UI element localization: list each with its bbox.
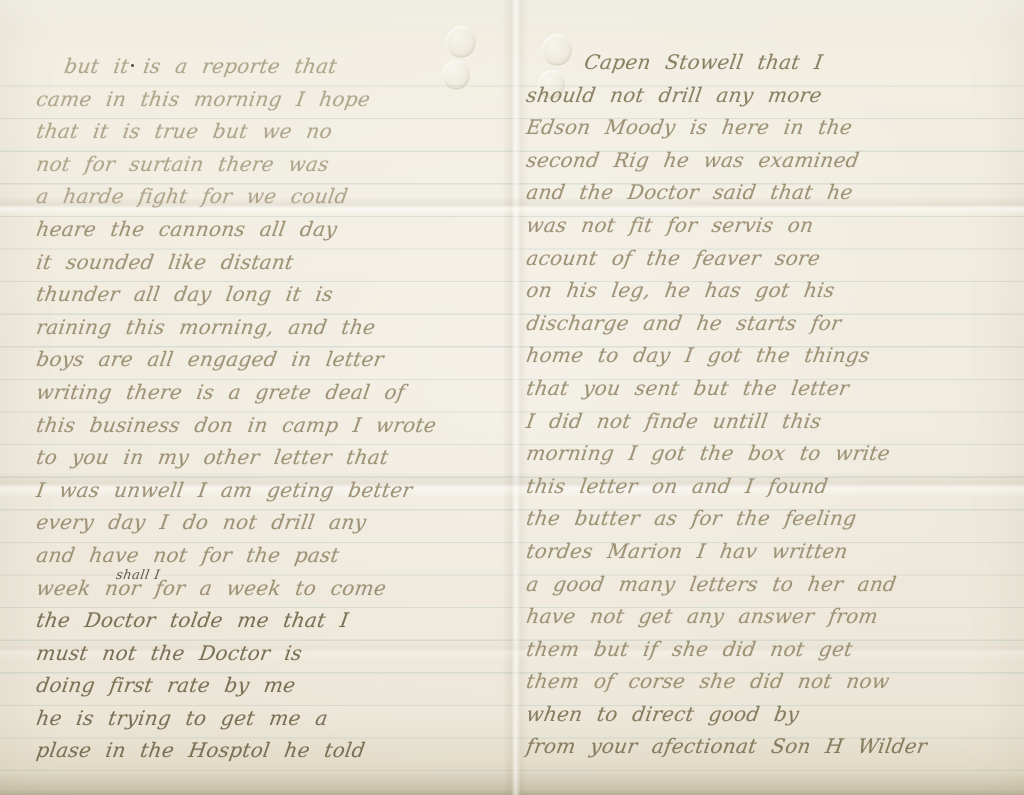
letter-page-right: Capen Stowell that I should not drill an… (524, 46, 1022, 763)
letter-line: I was unwell I am geting better (34, 474, 513, 507)
letter-line: acount of the feaver sore (524, 242, 1024, 275)
letter-line: morning I got the box to write (524, 437, 1024, 470)
letter-page-left: but it is a reporte that came in this mo… (34, 50, 508, 767)
letter-line: not for surtain there was (34, 148, 513, 181)
letter-line: a harde fight for we could (34, 180, 513, 213)
letter-line: and have not for the past (34, 539, 513, 572)
letter-line: on his leg, he has got his (524, 274, 1024, 307)
letter-line: he is trying to get me a (34, 702, 513, 735)
letter-photo: but it is a reporte that came in this mo… (0, 0, 1024, 795)
letter-line: this letter on and I found (524, 470, 1024, 503)
letter-line: to you in my other letter that (34, 441, 513, 474)
letter-line: plase in the Hosptol he told (34, 734, 513, 767)
letter-line: second Rig he was examined (524, 144, 1024, 177)
letter-line: home to day I got the things (524, 339, 1024, 372)
letter-line: came in this morning I hope (34, 83, 513, 116)
letter-line: the Doctor tolde me that I (34, 604, 513, 637)
letter-line: the butter as for the feeling (524, 502, 1024, 535)
letter-line: but it is a reporte that (34, 50, 513, 83)
letter-line: discharge and he starts for (524, 307, 1024, 340)
letter-line: this business don in camp I wrote (34, 409, 513, 442)
letter-line: when to direct good by (524, 698, 1024, 731)
letter-line: them of corse she did not now (524, 665, 1024, 698)
letter-line: heare the cannons all day (34, 213, 513, 246)
letter-line: Capen Stowell that I (524, 46, 1024, 79)
letter-line: every day I do not drill any (34, 506, 513, 539)
letter-line: writing there is a grete deal of (34, 376, 513, 409)
letter-line: and the Doctor said that he (524, 176, 1024, 209)
letter-line: that it is true but we no (34, 115, 513, 148)
inserted-word: shall I (115, 568, 161, 583)
letter-line: I did not finde untill this (524, 405, 1024, 438)
letter-line: have not get any answer from (524, 600, 1024, 633)
letter-line: Edson Moody is here in the (524, 111, 1024, 144)
letter-line: from your afectionat Son H Wilder (524, 730, 1024, 763)
letter-line: week nor for a week to come (34, 572, 513, 605)
letter-line: it sounded like distant (34, 246, 513, 279)
letter-line: thunder all day long it is (34, 278, 513, 311)
letter-line: raining this morning, and the (34, 311, 513, 344)
letter-line: a good many letters to her and (524, 568, 1024, 601)
letter-line: tordes Marion I hav written (524, 535, 1024, 568)
letter-line: should not drill any more (524, 79, 1024, 112)
letter-line: doing first rate by me (34, 669, 513, 702)
letter-line: was not fit for servis on (524, 209, 1024, 242)
letter-line: them but if she did not get (524, 633, 1024, 666)
letter-line: that you sent but the letter (524, 372, 1024, 405)
letter-line: must not the Doctor is (34, 637, 513, 670)
letter-line: boys are all engaged in letter (34, 343, 513, 376)
